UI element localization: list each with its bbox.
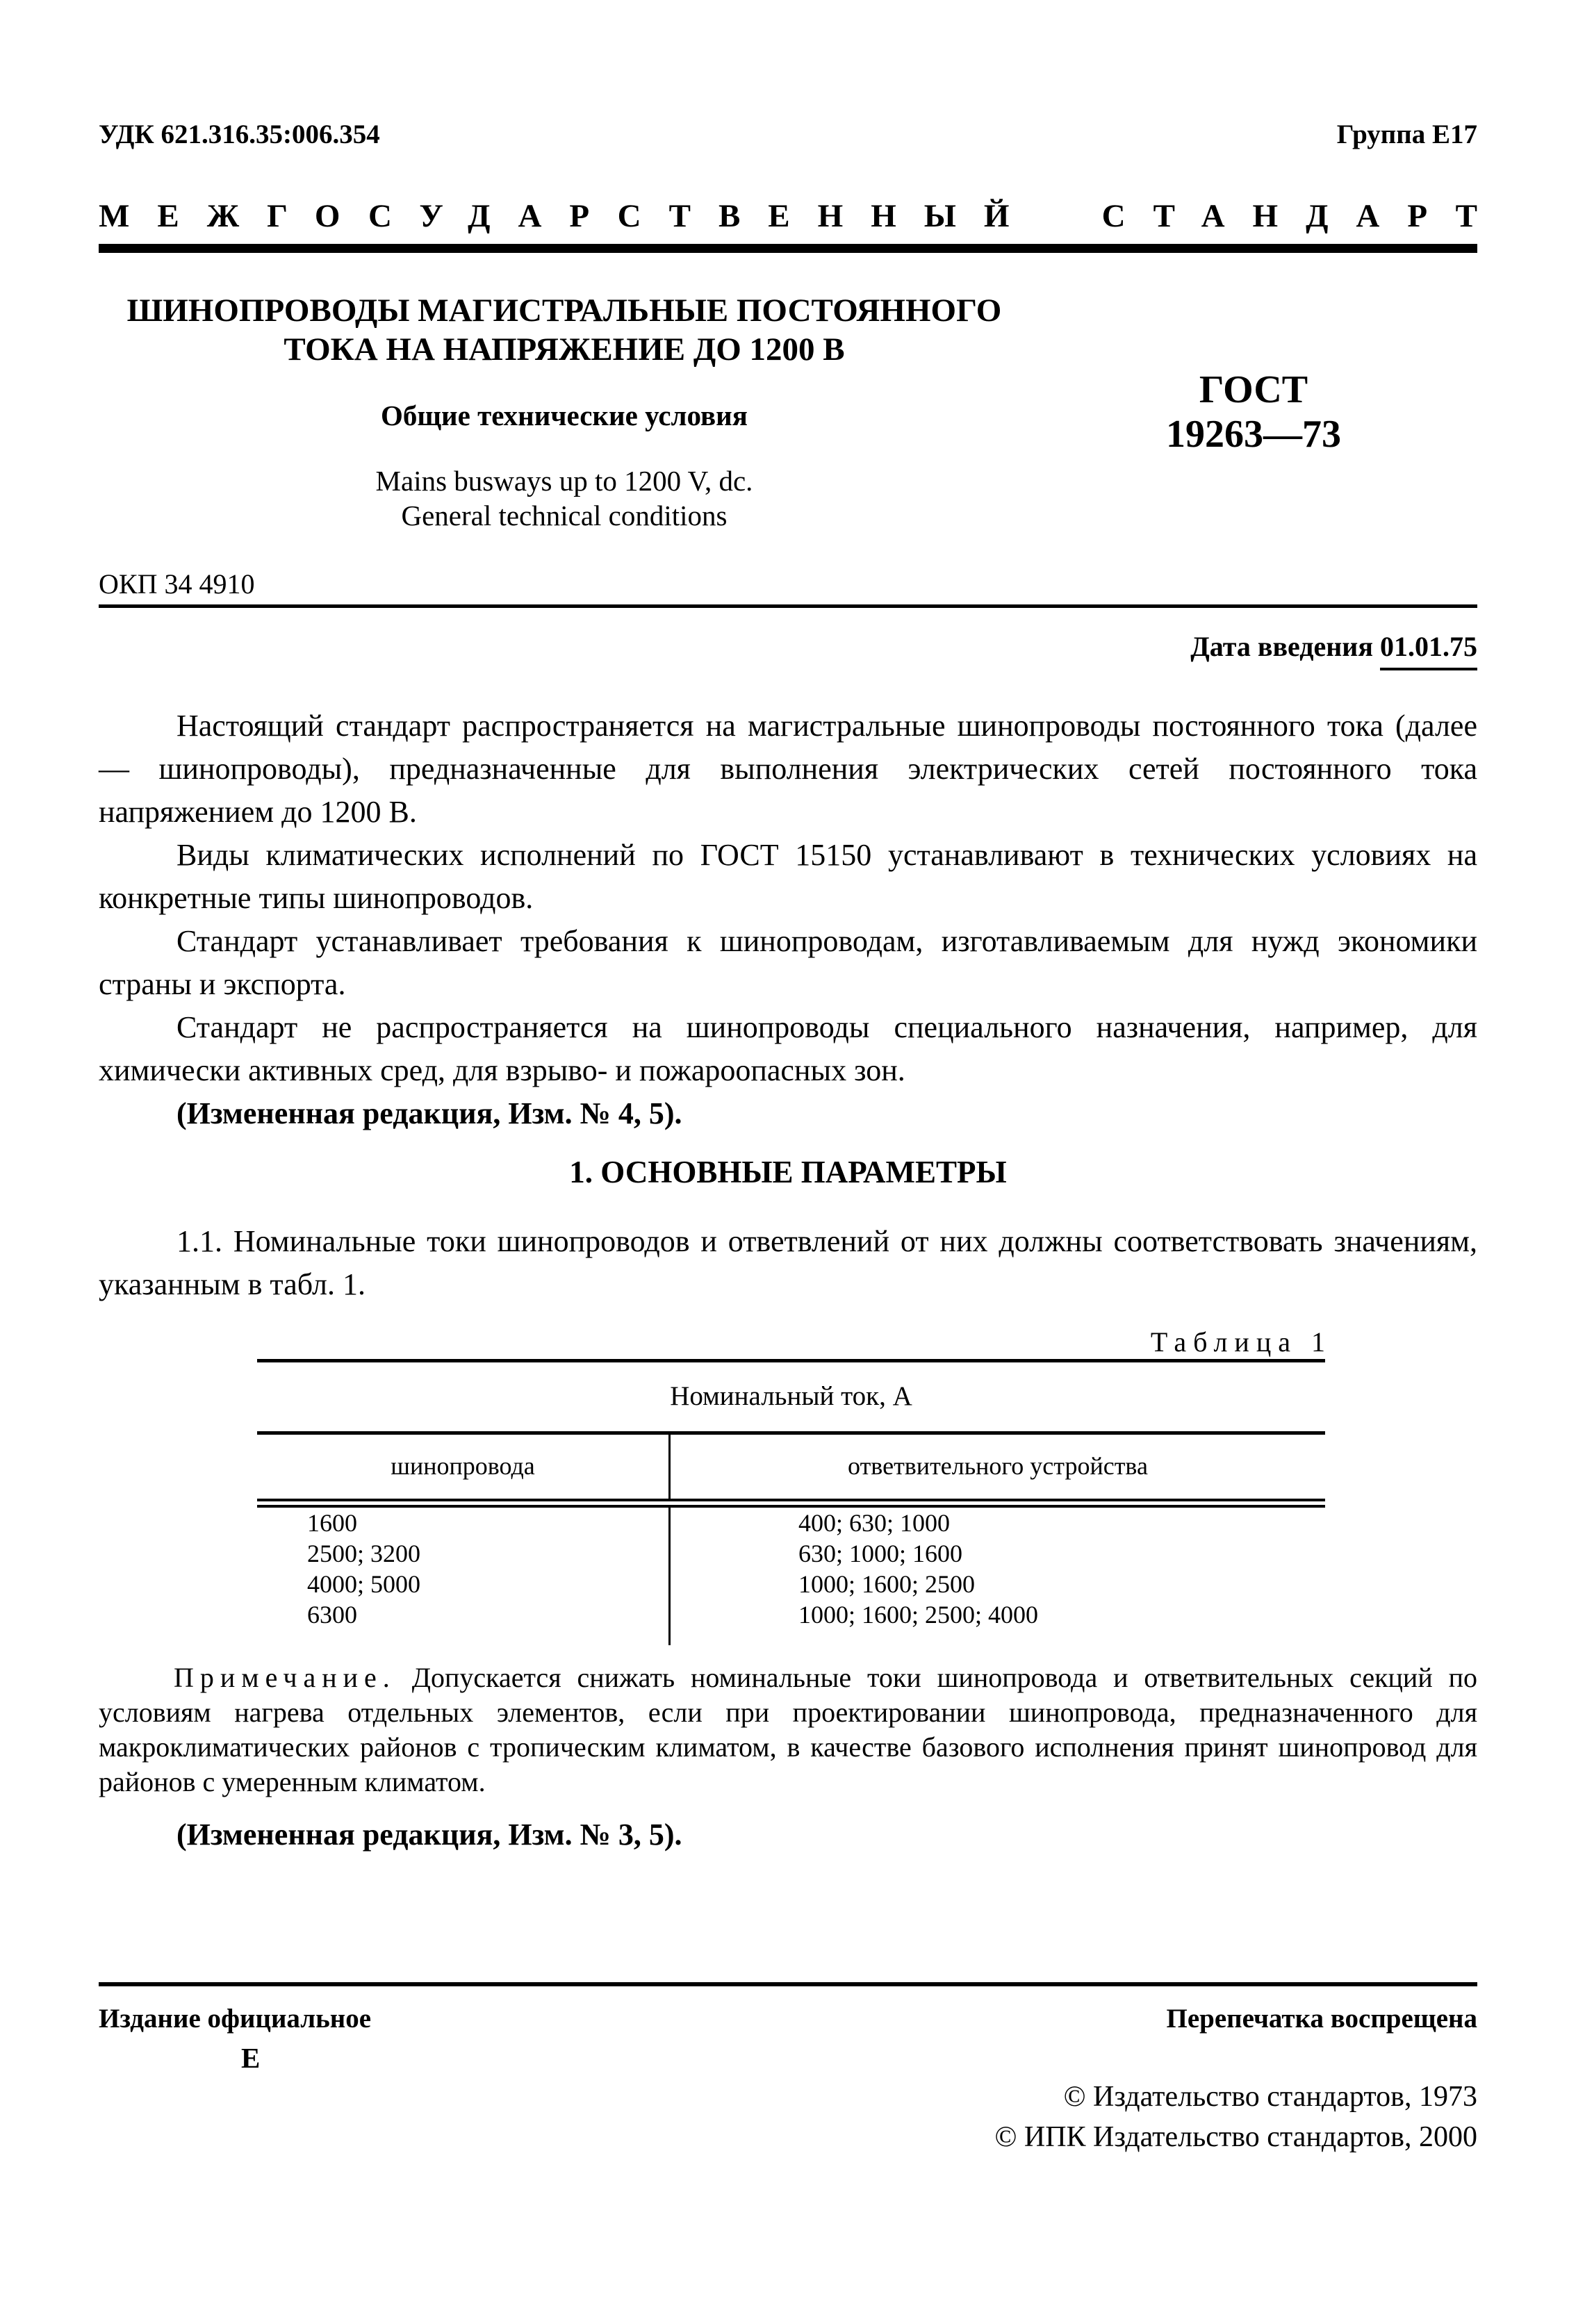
edition-letter: Е	[241, 2042, 1477, 2074]
cell-busway-current: 2500; 3200	[257, 1538, 668, 1569]
subtitle-ru: Общие технические условия	[99, 399, 1030, 432]
date-label: Дата введения	[1190, 631, 1373, 662]
introduction-date: Дата введения 01.01.75	[99, 631, 1477, 663]
page-content: УДК 621.316.35:006.354 Группа Е17 МЕЖГОС…	[99, 0, 1477, 1856]
classification-row: УДК 621.316.35:006.354 Группа Е17	[99, 118, 1477, 151]
standard-kind-word1: МЕЖГОСУДАРСТВЕННЫЙ	[99, 198, 1037, 234]
title-en-block: Mains busways up to 1200 V, dc. General …	[99, 463, 1030, 533]
group-code: Группа Е17	[1337, 118, 1477, 151]
table-row: 4000; 5000 1000; 1600; 2500	[257, 1569, 1325, 1599]
copyright-block: © Издательство стандартов, 1973 © ИПК Из…	[99, 2077, 1477, 2157]
cell-tap-current: 400; 630; 1000	[668, 1508, 1325, 1538]
standard-kind-heading: МЕЖГОСУДАРСТВЕННЫЙ СТАНДАРТ	[99, 198, 1477, 234]
table-1-note: Примечание. Допускается снижать номиналь…	[99, 1660, 1477, 1799]
gost-number: 19263—73	[1030, 412, 1477, 456]
copyright-line-1973: © Издательство стандартов, 1973	[99, 2077, 1477, 2117]
title-ru-line2: ТОКА НА НАПРЯЖЕНИЕ ДО 1200 В	[99, 330, 1030, 369]
paragraph-exclusions: Стандарт не распространяется на шинопров…	[99, 1006, 1477, 1092]
table-1-header-row: шинопровода ответвительного устройства	[257, 1435, 1325, 1508]
cell-tap-current: 630; 1000; 1600	[668, 1538, 1325, 1569]
cell-tap-current: 1000; 1600; 2500	[668, 1569, 1325, 1599]
title-ru-line1: ШИНОПРОВОДЫ МАГИСТРАЛЬНЫЕ ПОСТОЯННОГО	[99, 291, 1030, 330]
table-row: 1600 400; 630; 1000	[257, 1508, 1325, 1538]
paragraph-scope: Настоящий стандарт распространяется на м…	[99, 704, 1477, 834]
title-en-line1: Mains busways up to 1200 V, dc.	[99, 463, 1030, 498]
footer-labels-row: Издание официальное Перепечатка воспреще…	[99, 2003, 1477, 2035]
section-1-heading: 1. ОСНОВНЫЕ ПАРАМЕТРЫ	[99, 1155, 1477, 1189]
table-1-caption: Таблица 1	[257, 1326, 1332, 1359]
official-edition-label: Издание официальное	[99, 2003, 371, 2035]
col-header-tap-device: ответвительного устройства	[668, 1435, 1325, 1499]
cell-busway-current: 1600	[257, 1508, 668, 1538]
standard-kind-word2: СТАНДАРТ	[1102, 198, 1505, 234]
amendment-note-1: (Измененная редакция, Изм. № 4, 5).	[99, 1092, 1477, 1135]
title-left-column: ШИНОПРОВОДЫ МАГИСТРАЛЬНЫЕ ПОСТОЯННОГО ТО…	[99, 291, 1030, 533]
scope-section: Настоящий стандарт распространяется на м…	[99, 704, 1477, 1135]
okp-rule	[99, 604, 1477, 608]
gost-label: ГОСТ	[1030, 368, 1477, 412]
cell-tap-current: 1000; 1600; 2500; 4000	[668, 1599, 1325, 1645]
udk-code: УДК 621.316.35:006.354	[99, 118, 380, 151]
table-row: 6300 1000; 1600; 2500; 4000	[257, 1599, 1325, 1645]
table-row: 2500; 3200 630; 1000; 1600	[257, 1538, 1325, 1569]
title-block: ШИНОПРОВОДЫ МАГИСТРАЛЬНЫЕ ПОСТОЯННОГО ТО…	[99, 291, 1477, 533]
table-1-span-header: Номинальный ток, А	[257, 1362, 1325, 1435]
gost-standard-page: УДК 621.316.35:006.354 Группа Е17 МЕЖГОС…	[0, 0, 1585, 2324]
clause-1-1: 1.1. Номинальные токи шинопроводов и отв…	[99, 1220, 1477, 1306]
heading-rule	[99, 244, 1477, 253]
cell-busway-current: 6300	[257, 1599, 668, 1645]
gost-designation: ГОСТ 19263—73	[1030, 368, 1477, 533]
okp-code: ОКП 34 4910	[99, 568, 1477, 601]
page-footer: Издание официальное Перепечатка воспреще…	[99, 1982, 1477, 2157]
paragraph-climatic: Виды климатических исполнений по ГОСТ 15…	[99, 834, 1477, 920]
title-en-line2: General technical conditions	[99, 498, 1030, 533]
table-1: Таблица 1 Номинальный ток, А шинопровода…	[257, 1326, 1325, 1645]
paragraph-requirements: Стандарт устанавливает требования к шино…	[99, 920, 1477, 1006]
table-1-box: Номинальный ток, А шинопровода ответвите…	[257, 1359, 1325, 1645]
cell-busway-current: 4000; 5000	[257, 1569, 668, 1599]
note-label: Примечание.	[174, 1662, 396, 1693]
amendment-note-2: (Измененная редакция, Изм. № 3, 5).	[99, 1813, 1477, 1856]
copyright-line-2000: © ИПК Издательство стандартов, 2000	[99, 2117, 1477, 2157]
reprint-forbidden-label: Перепечатка воспрещена	[1166, 2003, 1477, 2035]
footer-rule	[99, 1982, 1477, 1986]
date-value: 01.01.75	[1380, 631, 1477, 670]
col-header-busway: шинопровода	[257, 1435, 668, 1499]
